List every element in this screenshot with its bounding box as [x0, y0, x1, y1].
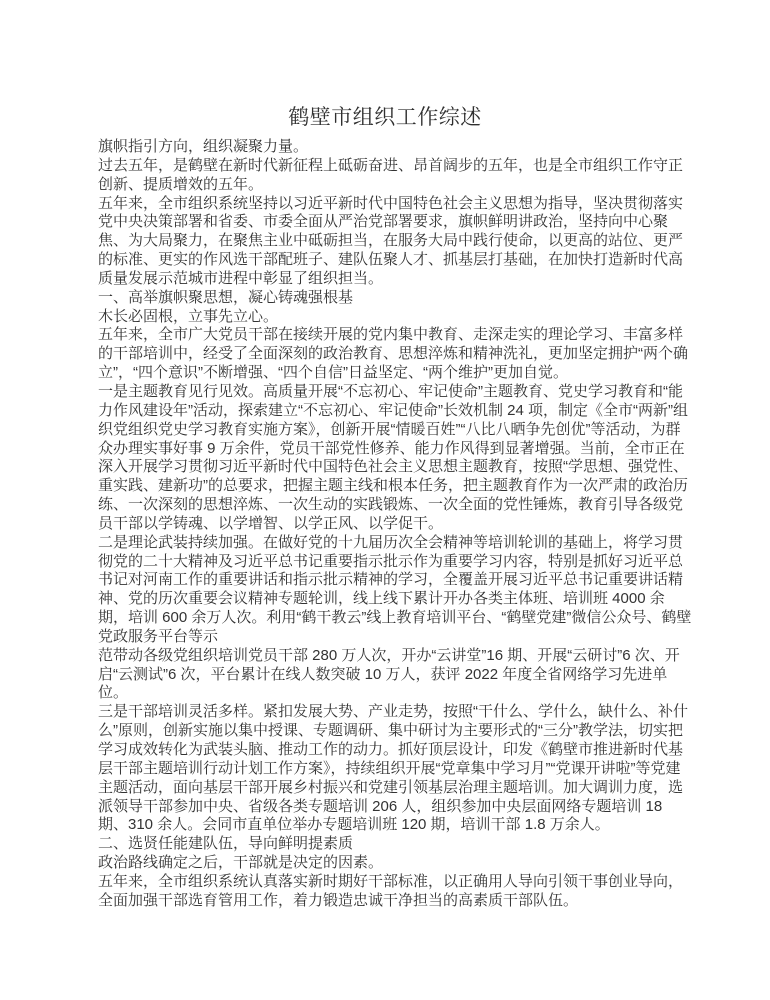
text-line: 质量发展示范城市进程中彰显了组织担当。: [98, 270, 688, 289]
text-line: 重实践、建新功”的总要求，把握主题主线和根本任务，把主题教育作为一次严肃的政治历: [98, 477, 688, 496]
text-line: 期，培训 600 余万人次。利用“鹤干教云”线上教育培训平台、“鹤壁党建”微信公…: [98, 609, 688, 628]
text-line: 启“云测试”6 次，平台累计在线人数突破 10 万人，获评 2022 年度全省网…: [98, 666, 688, 685]
document-body: 旗帜指引方向，组织凝聚力量。过去五年，是鹤壁在新时代新征程上砥砺奋进、昂首阔步的…: [98, 138, 688, 911]
text-line: 么”原则，创新实施以集中授课、专题调研、集中研讨为主要形式的“三分”教学法，切实…: [98, 722, 688, 741]
text-line: 创新、提质增效的五年。: [98, 176, 688, 195]
text-line: 木长必固根，立事先立心。: [98, 308, 688, 327]
text-line: 焦、为大局聚力，在聚焦主业中砥砺担当，在服务大局中践行使命，以更高的站位、更严: [98, 232, 688, 251]
text-line: 五年来，全市组织系统认真落实新时期好干部标准，以正确用人导向引领干事创业导向，: [98, 873, 688, 892]
text-line: 期、310 余人。会同市直单位举办专题培训班 120 期，培训干部 1.8 万余…: [98, 816, 688, 835]
text-line: 一是主题教育见行见效。高质量开展“不忘初心、牢记使命”主题教育、党史学习教育和“…: [98, 383, 688, 402]
text-line: 书记对河南工作的重要讲话和指示批示精神的学习，全覆盖开展习近平总书记重要讲话精: [98, 571, 688, 590]
document-title: 鹤壁市组织工作综述: [0, 101, 770, 131]
text-line: 力作风建设年”活动，探索建立“不忘初心、牢记使命”长效机制 24 项，制定《全市…: [98, 402, 688, 421]
text-line: 神、党的历次重要会议精神专题轮训，线上线下累计开办各类主体班、培训班 4000 …: [98, 590, 688, 609]
text-line: 政治路线确定之后，干部就是决定的因素。: [98, 854, 688, 873]
text-line: 旗帜指引方向，组织凝聚力量。: [98, 138, 688, 157]
text-line: 彻党的二十大精神及习近平总书记重要指示批示作为重要学习内容，特别是抓好习近平总: [98, 553, 688, 572]
text-line: 的干部培训中，经受了全面深刻的政治教育、思想淬炼和精神洗礼，更加坚定拥护“两个确: [98, 345, 688, 364]
text-line: 五年来，全市广大党员干部在接续开展的党内集中教育、走深走实的理论学习、丰富多样: [98, 326, 688, 345]
text-line: 党中央决策部署和省委、市委全面从严治党部署要求，旗帜鲜明讲政治，坚持向中心聚: [98, 213, 688, 232]
text-line: 练、一次深刻的思想淬炼、一次生动的实践锻炼、一次全面的党性锤炼，教育引导各级党: [98, 496, 688, 515]
text-line: 范带动各级党组织培训党员干部 280 万人次，开办“云讲堂”16 期、开展“云研…: [98, 647, 688, 666]
text-line: 立”，“四个意识”不断增强、“四个自信”日益坚定、“两个维护”更加自觉。: [98, 364, 688, 383]
text-line: 位。: [98, 684, 688, 703]
text-line: 主题活动，面向基层干部开展乡村振兴和党建引领基层治理主题培训。加大调训力度，选: [98, 779, 688, 798]
text-line: 党政服务平台等示: [98, 628, 688, 647]
text-line: 深入开展学习贯彻习近平新时代中国特色社会主义思想主题教育，按照“学思想、强党性、: [98, 458, 688, 477]
text-line: 的标准、更实的作风选干部配班子、建队伍聚人才、抓基层打基础，在加快打造新时代高: [98, 251, 688, 270]
text-line: 一、高举旗帜聚思想，凝心铸魂强根基: [98, 289, 688, 308]
text-line: 过去五年，是鹤壁在新时代新征程上砥砺奋进、昂首阔步的五年，也是全市组织工作守正: [98, 157, 688, 176]
text-line: 众办理实事好事 9 万余件，党员干部党性修养、能力作风得到显著增强。当前，全市正…: [98, 440, 688, 459]
text-line: 二、选贤任能建队伍，导向鲜明提素质: [98, 835, 688, 854]
text-line: 员干部以学铸魂、以学增智、以学正风、以学促干。: [98, 515, 688, 534]
text-line: 三是干部培训灵活多样。紧扣发展大势、产业走势，按照“干什么、学什么，缺什么、补什: [98, 703, 688, 722]
text-line: 五年来，全市组织系统坚持以习近平新时代中国特色社会主义思想为指导，坚决贯彻落实: [98, 195, 688, 214]
text-line: 织党组织党史学习教育实施方案》，创新开展“情暖百姓”“八比八晒争先创优”等活动，…: [98, 421, 688, 440]
text-line: 派领导干部参加中央、省级各类专题培训 206 人，组织参加中央层面网络专题培训 …: [98, 798, 688, 817]
text-line: 层干部主题培训行动计划工作方案》，持续组织开展“党章集中学习月”“党课开讲啦”等…: [98, 760, 688, 779]
document-page: 鹤壁市组织工作综述 旗帜指引方向，组织凝聚力量。过去五年，是鹤壁在新时代新征程上…: [0, 0, 770, 1000]
text-line: 二是理论武装持续加强。在做好党的十九届历次全会精神等培训轮训的基础上，将学习贯: [98, 534, 688, 553]
text-line: 全面加强干部选育管用工作，着力锻造忠诚干净担当的高素质干部队伍。: [98, 892, 688, 911]
text-line: 学习成效转化为武装头脑、推动工作的动力。抓好顶层设计，印发《鹤壁市推进新时代基: [98, 741, 688, 760]
